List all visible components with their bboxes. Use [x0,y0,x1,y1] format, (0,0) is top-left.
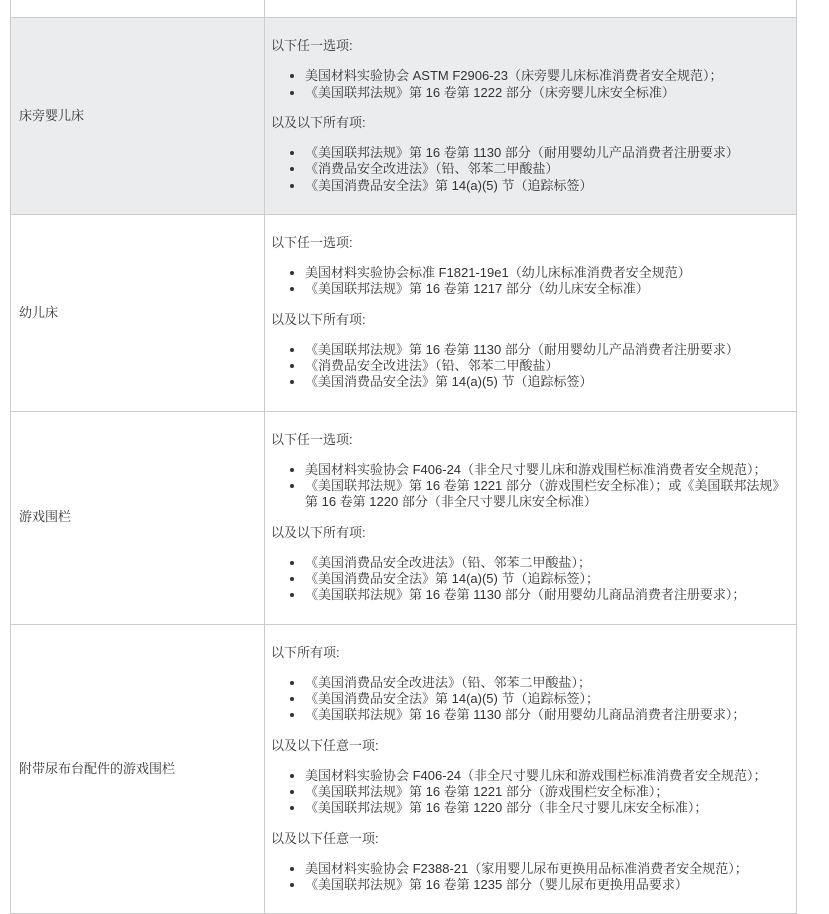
requirement-group-heading: 以及以下所有项: [271,525,790,541]
requirement-item: 美国材料实验协会 F406-24（非全尺寸婴儿床和游戏围栏标准消费者安全规范）； [305,462,790,478]
category-label: 附带尿布台配件的游戏围栏 [11,624,265,874]
requirement-item: 《美国联邦法规》第 16 卷第 1130 部分（耐用婴幼儿产品消费者注册要求） [305,342,790,358]
requirement-item: 《美国联邦法规》第 16 卷第 1220 部分（非全尺寸婴儿床安全标准）； [305,800,790,816]
requirements-cell: 以下任一选项:美国材料实验协会标准 F1821-19e1（幼儿床标准消费者安全规… [265,214,797,411]
requirement-item: 美国材料实验协会 ASTM F2906-23（床旁婴儿床标准消费者安全规范）； [305,68,790,84]
partial-cell-right [265,0,797,18]
category-label: 床旁婴儿床 [11,18,265,215]
requirement-item: 《美国联邦法规》第 16 卷第 1222 部分（床旁婴儿床安全标准） [305,85,790,101]
requirement-item: 《美国联邦法规》第 16 卷第 1221 部分（游戏围栏安全标准）； [305,784,790,800]
compliance-table-container: 床旁婴儿床 以下任一选项:美国材料实验协会 ASTM F2906-23（床旁婴儿… [10,0,797,874]
requirement-list: 《美国消费品安全改进法》（铅、邻苯二甲酸盐）；《美国消费品安全法》第 14(a)… [271,675,790,724]
requirement-list: 美国材料实验协会 ASTM F2906-23（床旁婴儿床标准消费者安全规范）；《… [271,68,790,101]
requirement-group-heading: 以及以下所有项: [271,115,790,131]
table-row: 游戏围栏 以下任一选项:美国材料实验协会 F406-24（非全尺寸婴儿床和游戏围… [11,411,797,624]
category-label: 幼儿床 [11,214,265,411]
category-label: 游戏围栏 [11,411,265,624]
requirement-list: 《美国联邦法规》第 16 卷第 1130 部分（耐用婴幼儿产品消费者注册要求）《… [271,145,790,194]
requirements-table-body: 床旁婴儿床 以下任一选项:美国材料实验协会 ASTM F2906-23（床旁婴儿… [11,0,797,874]
requirement-list: 美国材料实验协会 F2388-21（家用婴儿尿布更换用品标准消费者安全规范）；《… [271,861,790,874]
requirement-item: 美国材料实验协会 F2388-21（家用婴儿尿布更换用品标准消费者安全规范）； [305,861,790,874]
requirement-item: 《美国联邦法规》第 16 卷第 1130 部分（耐用婴幼儿商品消费者注册要求）； [305,707,790,723]
requirement-item: 《美国消费品安全改进法》（铅、邻苯二甲酸盐）； [305,675,790,691]
partial-cell-left [11,0,265,18]
requirement-list: 《美国联邦法规》第 16 卷第 1130 部分（耐用婴幼儿产品消费者注册要求）《… [271,342,790,391]
requirement-item: 《美国消费品安全法》第 14(a)(5) 节（追踪标签） [305,374,790,390]
requirement-list: 美国材料实验协会 F406-24（非全尺寸婴儿床和游戏围栏标准消费者安全规范）；… [271,768,790,817]
requirement-item: 《消费品安全改进法》（铅、邻苯二甲酸盐） [305,161,790,177]
requirement-list: 美国材料实验协会 F406-24（非全尺寸婴儿床和游戏围栏标准消费者安全规范）；… [271,462,790,511]
requirement-item: 《美国联邦法规》第 16 卷第 1217 部分（幼儿床安全标准） [305,281,790,297]
requirement-group-heading: 以下所有项: [271,645,790,661]
requirement-item: 美国材料实验协会 F406-24（非全尺寸婴儿床和游戏围栏标准消费者安全规范）； [305,768,790,784]
requirement-item: 《美国消费品安全法》第 14(a)(5) 节（追踪标签）； [305,691,790,707]
requirement-group-heading: 以下任一选项: [271,432,790,448]
requirement-item: 《美国联邦法规》第 16 卷第 1130 部分（耐用婴幼儿商品消费者注册要求）； [305,587,790,603]
requirement-group-heading: 以及以下任意一项: [271,831,790,847]
requirement-item: 《美国消费品安全改进法》（铅、邻苯二甲酸盐）； [305,555,790,571]
requirement-item: 《美国联邦法规》第 16 卷第 1130 部分（耐用婴幼儿产品消费者注册要求） [305,145,790,161]
requirement-list: 《美国消费品安全改进法》（铅、邻苯二甲酸盐）；《美国消费品安全法》第 14(a)… [271,555,790,604]
requirement-list: 美国材料实验协会标准 F1821-19e1（幼儿床标准消费者安全规范）《美国联邦… [271,265,790,298]
requirement-group-heading: 以及以下所有项: [271,312,790,328]
requirement-item: 《美国联邦法规》第 16 卷第 1221 部分（游戏围栏安全标准）；或《美国联邦… [305,478,790,511]
table-row: 幼儿床 以下任一选项:美国材料实验协会标准 F1821-19e1（幼儿床标准消费… [11,214,797,411]
requirement-item: 《美国消费品安全法》第 14(a)(5) 节（追踪标签） [305,178,790,194]
compliance-requirements-table: 床旁婴儿床 以下任一选项:美国材料实验协会 ASTM F2906-23（床旁婴儿… [10,0,797,874]
requirement-group-heading: 以下任一选项: [271,38,790,54]
partial-row-top [11,0,797,18]
requirement-group-heading: 以及以下任意一项: [271,738,790,754]
table-row: 附带尿布台配件的游戏围栏 以下所有项:《美国消费品安全改进法》（铅、邻苯二甲酸盐… [11,624,797,874]
requirement-group-heading: 以下任一选项: [271,235,790,251]
requirements-cell: 以下所有项:《美国消费品安全改进法》（铅、邻苯二甲酸盐）；《美国消费品安全法》第… [265,624,797,874]
requirement-item: 美国材料实验协会标准 F1821-19e1（幼儿床标准消费者安全规范） [305,265,790,281]
requirements-cell: 以下任一选项:美国材料实验协会 ASTM F2906-23（床旁婴儿床标准消费者… [265,18,797,215]
requirements-cell: 以下任一选项:美国材料实验协会 F406-24（非全尺寸婴儿床和游戏围栏标准消费… [265,411,797,624]
table-row: 床旁婴儿床 以下任一选项:美国材料实验协会 ASTM F2906-23（床旁婴儿… [11,18,797,215]
requirement-item: 《消费品安全改进法》（铅、邻苯二甲酸盐） [305,358,790,374]
requirement-item: 《美国消费品安全法》第 14(a)(5) 节（追踪标签）； [305,571,790,587]
